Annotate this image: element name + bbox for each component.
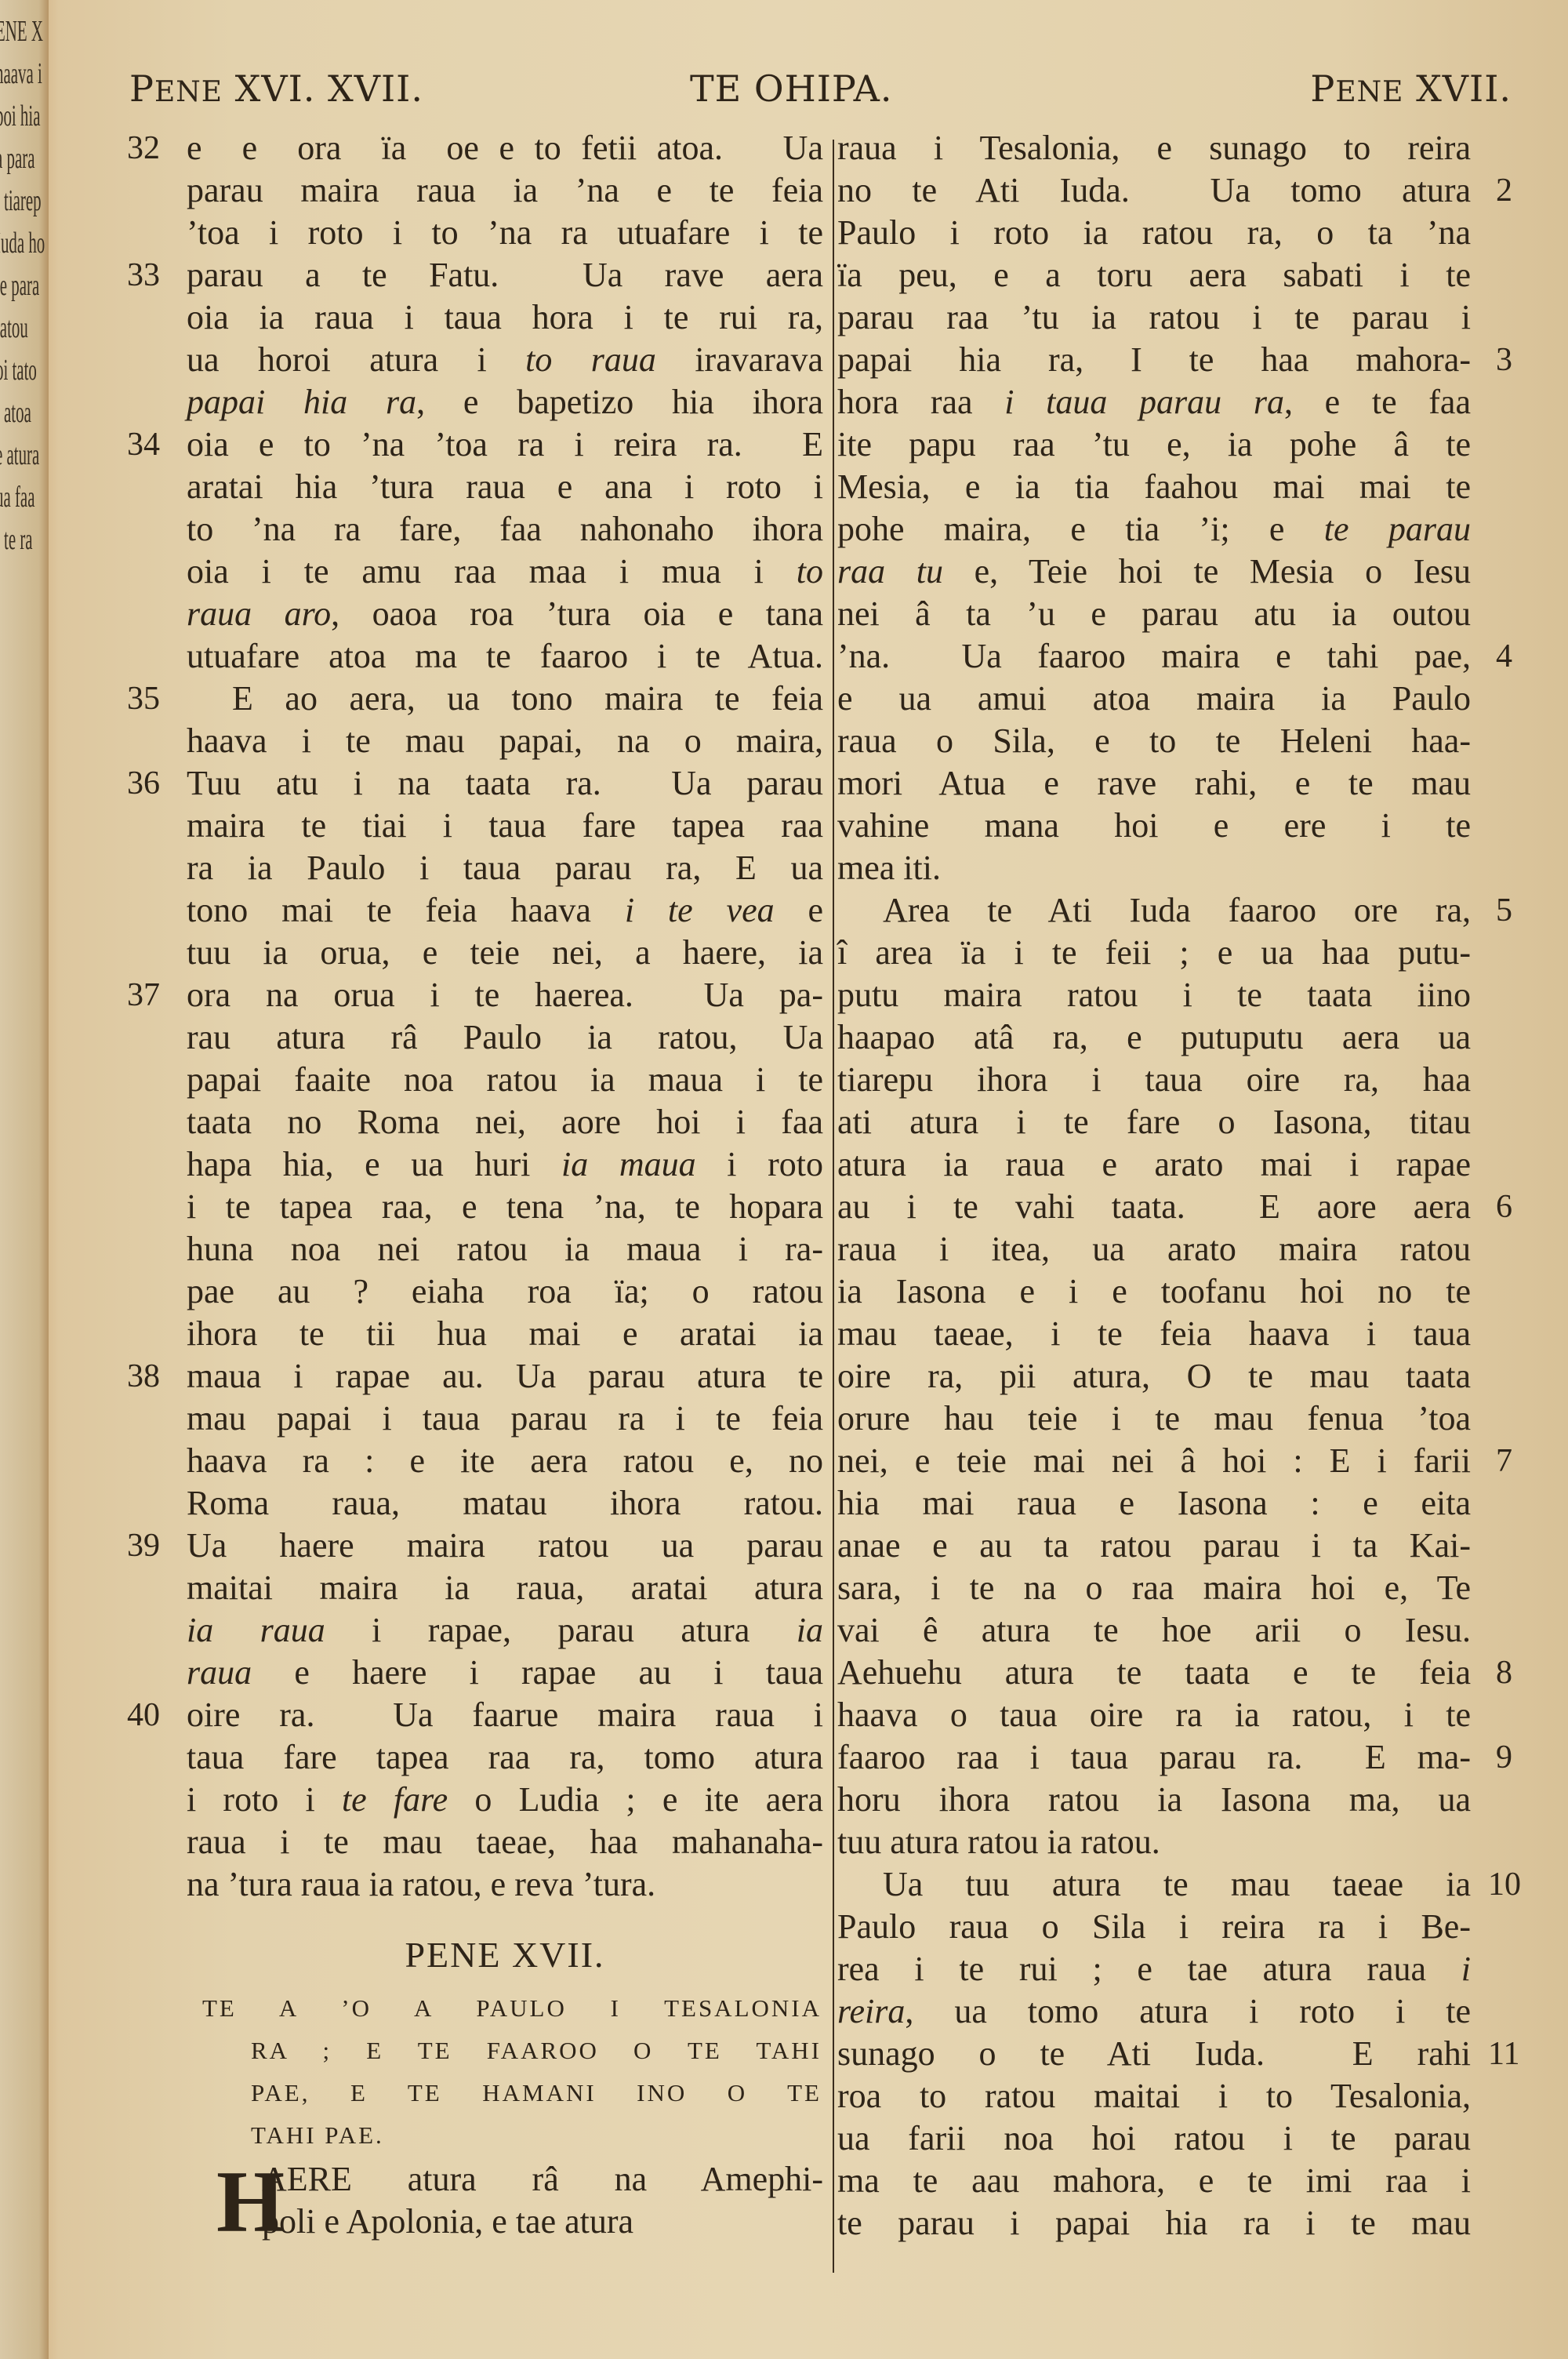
- text-line: mori Atua e rave rahi, e te mau: [837, 762, 1471, 805]
- text-line: anae e au ta ratou parau i ta Kai-: [837, 1525, 1471, 1567]
- edge-text-fragment: te para: [0, 268, 39, 303]
- verse-number: 39: [127, 1525, 160, 1567]
- summary-line: TE A ’O A PAULO I TESALONIA: [202, 1987, 822, 2030]
- text-line: raa tu e, Teie hoi te Mesia o Iesu: [837, 551, 1471, 593]
- text-line: na ’tura raua ia ratou, e reva ’tura.: [187, 1863, 823, 1906]
- text-line: au i te vahi taata. E aore aera6: [837, 1186, 1471, 1228]
- text-line: ati atura i te fare o Iasona, titau: [837, 1101, 1471, 1143]
- verse-number: 7: [1496, 1440, 1512, 1482]
- column-divider: [833, 140, 834, 2273]
- facing-page-edge: ENE Xhaava ipoi hiaa parai tiarepIuda ho…: [0, 0, 49, 2359]
- text-line: mau papai i taua parau ra i te feia: [187, 1398, 823, 1440]
- edge-text-fragment: ENE X: [0, 14, 43, 49]
- running-head-left-chapters: XVI. XVII.: [235, 67, 423, 110]
- text-line: atura ia raua e arato mai i rapae: [837, 1143, 1471, 1186]
- edge-text-fragment: i tiarep: [0, 184, 42, 218]
- edge-text-fragment: i te ra: [0, 522, 33, 557]
- text-line: ia raua i rapae, parau atura ia: [187, 1609, 823, 1652]
- verse-number: 38: [127, 1355, 160, 1398]
- text-line: horu ihora ratou ia Iasona ma, ua: [837, 1779, 1471, 1821]
- text-line: rea i te rui ; e tae atura raua i: [837, 1948, 1471, 1990]
- text-line: parau raa ’tu ia ratou i te parau i: [837, 296, 1471, 339]
- summary-line: TAHI PAE.: [202, 2114, 822, 2157]
- text-line: vahine mana hoi e ere i te: [837, 805, 1471, 847]
- text-line: hapa hia, e ua huri ia maua i roto: [187, 1143, 823, 1186]
- text-line: vai ê atura te hoe arii o Iesu.: [837, 1609, 1471, 1652]
- text-line: Ua haere maira ratou ua parau39: [187, 1525, 823, 1567]
- chapter-opening: H AERE atura râ na Amephi- poli e Apolon…: [216, 2158, 823, 2243]
- text-line: huna noa nei ratou ia maua i ra-: [187, 1228, 823, 1270]
- text-line: no te Ati Iuda. Ua tomo atura2: [837, 169, 1471, 212]
- text-line: Paulo raua o Sila i reira ra i Be-: [837, 1906, 1471, 1948]
- text-line: nei â ta ’u e parau atu ia outou: [837, 593, 1471, 635]
- text-line: raua i Tesalonia, e sunago to reira: [837, 127, 1471, 169]
- text-line: roa to ratou maitai i to Tesalonia,: [837, 2075, 1471, 2117]
- running-head-right-chapters: XVII.: [1416, 67, 1512, 110]
- text-line: oia e to ’na ’toa ra i reira ra. E34: [187, 423, 823, 466]
- text-line: ma te aau mahora, e te imi raa i: [837, 2160, 1471, 2202]
- verse-number: 3: [1496, 339, 1512, 381]
- text-line: papai hia ra, I te haa mahora-3: [837, 339, 1471, 381]
- verse-number: 8: [1496, 1652, 1512, 1694]
- opening-line: AERE atura râ na Amephi-: [216, 2158, 823, 2201]
- text-line: maira te tiai i taua fare tapea raa: [187, 805, 823, 847]
- verse-number: 11: [1488, 2033, 1519, 2075]
- right-column: raua i Tesalonia, e sunago to reirano te…: [837, 127, 1471, 2245]
- text-line: haava o taua oire ra ia ratou, i te: [837, 1694, 1471, 1736]
- text-line: parau a te Fatu. Ua rave aera33: [187, 254, 823, 296]
- text-line: oia i te amu raa maa i mua i to: [187, 551, 823, 593]
- verse-number: 9: [1496, 1736, 1512, 1779]
- verse-number: 6: [1496, 1186, 1512, 1228]
- text-line: orure hau teie i te mau fenua ’toa: [837, 1398, 1471, 1440]
- summary-line: PAE, E TE HAMANI INO O TE: [202, 2072, 822, 2114]
- text-line: haapao atâ ra, e putuputu aera ua: [837, 1016, 1471, 1059]
- verse-number: 34: [127, 423, 160, 466]
- verse-number: 4: [1496, 635, 1512, 678]
- text-line: raua aro, oaoa roa ’tura oia e tana: [187, 593, 823, 635]
- verse-number: 32: [127, 127, 160, 169]
- edge-text-fragment: oi tato: [0, 353, 37, 387]
- text-line: nei, e teie mai nei â hoi : E i farii7: [837, 1440, 1471, 1482]
- edge-text-fragment: Iuda ho: [0, 226, 45, 260]
- edge-text-fragment: ua faa: [0, 480, 34, 514]
- text-line: Mesia, e ia tia faahou mai mai te: [837, 466, 1471, 508]
- edge-text-fragment: haava i: [0, 56, 42, 91]
- text-line: reira, ua tomo atura i roto i te: [837, 1990, 1471, 2033]
- text-line: utuafare atoa ma te faaroo i te Atua.: [187, 635, 823, 678]
- text-line: tono mai te feia haava i te vea e: [187, 889, 823, 932]
- text-line: tuu ia orua, e teie nei, a haere, ia: [187, 932, 823, 974]
- text-line: mea iti.: [837, 847, 1471, 889]
- verse-number: 36: [127, 762, 160, 805]
- text-line: Tuu atu i na taata ra. Ua parau36: [187, 762, 823, 805]
- text-line: maua i rapae au. Ua parau atura te38: [187, 1355, 823, 1398]
- text-line: Aehuehu atura te taata e te feia8: [837, 1652, 1471, 1694]
- chapter-summary: TE A ’O A PAULO I TESALONIARA ; E TE FAA…: [202, 1987, 822, 2157]
- verse-number: 35: [127, 678, 160, 720]
- text-line: hia mai raua e Iasona : e eita: [837, 1482, 1471, 1525]
- text-line: mau taeae, i te feia haava i taua: [837, 1313, 1471, 1355]
- running-head-title: TE OHIPA.: [690, 67, 892, 110]
- text-line: taata no Roma nei, aore hoi i faa: [187, 1101, 823, 1143]
- opening-line: poli e Apolonia, e tae atura: [216, 2201, 823, 2243]
- edge-text-fragment: a para: [0, 141, 34, 176]
- text-line: ihora te tii hua mai e aratai ia: [187, 1313, 823, 1355]
- verse-number: 40: [127, 1694, 160, 1736]
- text-line: Paulo i roto ia ratou ra, o ta ’na: [837, 212, 1471, 254]
- text-line: to ’na ra fare, faa nahonaho ihora: [187, 508, 823, 551]
- verse-number: 2: [1496, 169, 1512, 212]
- text-line: ora na orua i te haerea. Ua pa-37: [187, 974, 823, 1016]
- edge-text-fragment: i atoa: [0, 395, 31, 430]
- text-line: hora raa i taua parau ra, e te faa: [837, 381, 1471, 423]
- text-line: tuu atura ratou ia ratou.: [837, 1821, 1471, 1863]
- text-line: ’toa i roto i to ’na ra utuafare i te: [187, 212, 823, 254]
- text-line: papai faaite noa ratou ia maua i te: [187, 1059, 823, 1101]
- running-head-left: PENE XVI. XVII.: [129, 67, 423, 110]
- text-line: pohe maira, e tia ’i; e te parau: [837, 508, 1471, 551]
- verse-number: 5: [1496, 889, 1512, 932]
- text-line: sunago o te Ati Iuda. E rahi11: [837, 2033, 1471, 2075]
- left-column: e e ora ïa oe e to fetii atoa. Ua32parau…: [187, 127, 823, 1906]
- summary-line: RA ; E TE FAAROO O TE TAHI: [202, 2030, 822, 2072]
- text-line: ite papu raa ’tu e, ia pohe â te: [837, 423, 1471, 466]
- text-line: Ua tuu atura te mau taeae ia10: [837, 1863, 1471, 1906]
- verse-number: 10: [1488, 1863, 1521, 1906]
- text-line: haava i te mau papai, na o maira,: [187, 720, 823, 762]
- text-line: e e ora ïa oe e to fetii atoa. Ua32: [187, 127, 823, 169]
- text-line: aratai hia ’tura raua e ana i roto i: [187, 466, 823, 508]
- running-head-right: PENE XVII.: [1310, 67, 1512, 110]
- text-line: haava ra : e ite aera ratou e, no: [187, 1440, 823, 1482]
- text-line: Roma raua, matau ihora ratou.: [187, 1482, 823, 1525]
- text-line: oire ra. Ua faarue maira raua i40: [187, 1694, 823, 1736]
- text-line: e ua amui atoa maira ia Paulo: [837, 678, 1471, 720]
- text-line: faaroo raa i taua parau ra. E ma-9: [837, 1736, 1471, 1779]
- text-line: pae au ? eiaha roa ïa; o ratou: [187, 1270, 823, 1313]
- text-line: raua o Sila, e to te Heleni haa-: [837, 720, 1471, 762]
- text-line: ia Iasona e i e toofanu hoi no te: [837, 1270, 1471, 1313]
- text-line: parau maira raua ia ’na e te feia: [187, 169, 823, 212]
- text-line: i te tapea raa, e tena ’na, te hopara: [187, 1186, 823, 1228]
- text-line: raua i itea, ua arato maira ratou: [837, 1228, 1471, 1270]
- edge-text-fragment: poi hia: [0, 99, 40, 133]
- text-line: î area ïa i te feii ; e ua haa putu-: [837, 932, 1471, 974]
- text-line: papai hia ra, e bapetizo hia ihora: [187, 381, 823, 423]
- text-line: ’na. Ua faaroo maira e tahi pae,4: [837, 635, 1471, 678]
- text-line: raua e haere i rapae au i taua: [187, 1652, 823, 1694]
- text-line: oia ia raua i taua hora i te rui ra,: [187, 296, 823, 339]
- text-line: sara, i te na o raa maira hoi e, Te: [837, 1567, 1471, 1609]
- text-line: E ao aera, ua tono maira te feia35: [187, 678, 823, 720]
- text-line: ra ia Paulo i taua parau ra, E ua: [187, 847, 823, 889]
- verse-number: 37: [127, 974, 160, 1016]
- running-head-right-prefix: PENE: [1310, 67, 1403, 110]
- text-line: rau atura râ Paulo ia ratou, Ua: [187, 1016, 823, 1059]
- running-head-left-prefix: PENE: [129, 67, 223, 110]
- text-line: putu maira ratou i te taata iino: [837, 974, 1471, 1016]
- text-line: maitai maira ia raua, aratai atura: [187, 1567, 823, 1609]
- text-line: i roto i te fare o Ludia ; e ite aera: [187, 1779, 823, 1821]
- text-line: tiarepu ihora i taua oire ra, haa: [837, 1059, 1471, 1101]
- text-line: oire ra, pii atura, O te mau taata: [837, 1355, 1471, 1398]
- text-line: Area te Ati Iuda faaroo ore ra,5: [837, 889, 1471, 932]
- edge-text-fragment: tatou: [0, 311, 28, 345]
- text-line: raua i te mau taeae, haa mahanaha-: [187, 1821, 823, 1863]
- chapter-heading: PENE XVII.: [187, 1934, 823, 1976]
- text-line: ua horoi atura i to raua iravarava: [187, 339, 823, 381]
- edge-text-fragment: e atura: [0, 438, 39, 472]
- text-line: taua fare tapea raa ra, tomo atura: [187, 1736, 823, 1779]
- text-line: te parau i papai hia ra i te mau: [837, 2202, 1471, 2245]
- text-line: ïa peu, e a toru aera sabati i te: [837, 254, 1471, 296]
- verse-number: 33: [127, 254, 160, 296]
- text-line: ua farii noa hoi ratou i te parau: [837, 2117, 1471, 2160]
